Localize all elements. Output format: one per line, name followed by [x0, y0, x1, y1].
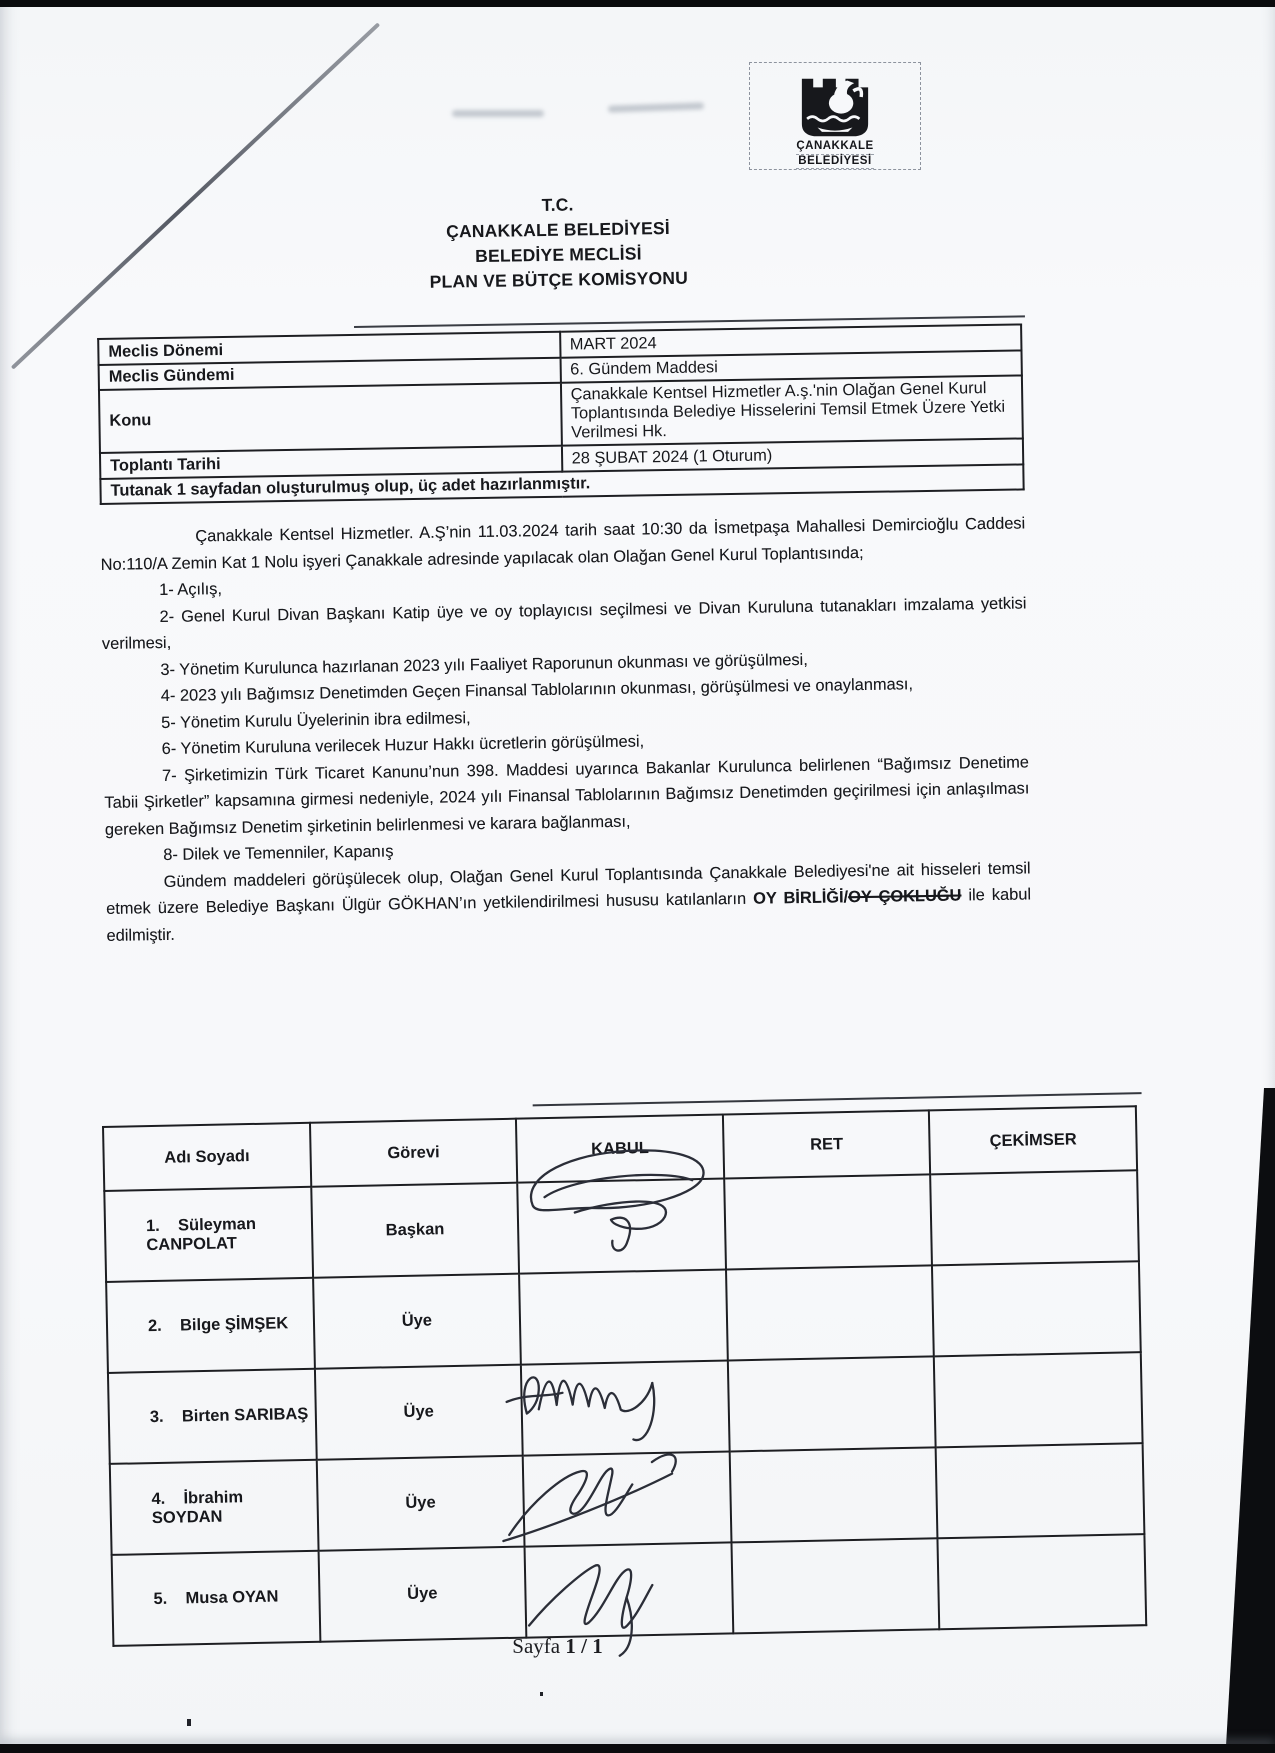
- vote-header-accept: KABUL: [516, 1115, 724, 1183]
- reject-vote-cell: [724, 1174, 932, 1269]
- member-role: Üye: [318, 1547, 526, 1642]
- scan-top-edge: [0, 0, 1275, 7]
- reject-vote-cell: [729, 1447, 937, 1542]
- vote-table-section: Adı Soyadı Görevi KABUL RET ÇEKİMSER 1.S…: [102, 1105, 1147, 1647]
- meeting-info-table: Meclis Dönemi MART 2024 Meclis Gündemi 6…: [97, 323, 1025, 505]
- member-name-cell: 3.Birten SARIBAŞ: [108, 1369, 316, 1464]
- decision-text: Çanakkale Kentsel Hizmetler. A.Ş’nin 11.…: [100, 510, 1032, 948]
- accept-vote-cell: [523, 1451, 731, 1546]
- document-content: T.C. ÇANAKKALE BELEDİYESİ BELEDİYE MECLİ…: [95, 185, 1032, 948]
- scan-speck: [187, 1719, 191, 1726]
- scan-speck: [540, 1692, 543, 1696]
- logo-label-line1: ÇANAKKALE: [796, 140, 873, 155]
- member-role: Üye: [316, 1456, 524, 1551]
- vote-row: 5.Musa OYAN Üye: [112, 1534, 1147, 1646]
- reject-vote-cell: [731, 1538, 939, 1633]
- vote-decision-majority-struck: OY ÇOKLUĞU: [848, 886, 962, 906]
- footer-page-label: Sayfa: [512, 1634, 560, 1658]
- reject-vote-cell: [726, 1265, 934, 1360]
- scan-right-shadow: [1225, 1088, 1275, 1746]
- municipality-logo-box: ÇANAKKALE BELEDİYESİ: [749, 62, 921, 170]
- member-name: Bilge ŞİMŞEK: [180, 1314, 289, 1334]
- member-role: Üye: [313, 1274, 521, 1369]
- accept-vote-cell: [521, 1360, 729, 1455]
- vote-decision-unanimous: OY BİRLİĞİ/: [753, 888, 848, 907]
- abstain-vote-cell: [936, 1443, 1144, 1538]
- scan-bottom-edge: [0, 1744, 1275, 1753]
- abstain-vote-cell: [932, 1261, 1140, 1356]
- member-number: 3.: [150, 1407, 182, 1427]
- member-name: Birten SARIBAŞ: [182, 1405, 309, 1426]
- member-name-cell: 2.Bilge ŞİMŞEK: [106, 1278, 314, 1373]
- logo-label-line2: BELEDİYESİ: [796, 155, 873, 170]
- member-name-cell: 5.Musa OYAN: [112, 1551, 320, 1646]
- info-value: Çanakkale Kentsel Hizmetler A.ş.'nin Ola…: [560, 375, 1022, 445]
- vote-header-abstain: ÇEKİMSER: [929, 1106, 1137, 1174]
- agenda-item: 7- Şirketimizin Türk Ticaret Kanunu’nun …: [104, 749, 1030, 843]
- reject-vote-cell: [728, 1356, 936, 1451]
- member-name: Musa OYAN: [185, 1588, 278, 1608]
- abstain-vote-cell: [938, 1534, 1146, 1629]
- member-number: 4.: [151, 1489, 183, 1509]
- closing-paragraph: Gündem maddeleri görüşülecek olup, Olağa…: [106, 855, 1032, 949]
- accept-vote-cell: [525, 1542, 733, 1637]
- vote-header-reject: RET: [723, 1110, 931, 1178]
- vote-signature-table: Adı Soyadı Görevi KABUL RET ÇEKİMSER 1.S…: [102, 1105, 1147, 1647]
- document-title-block: T.C. ÇANAKKALE BELEDİYESİ BELEDİYE MECLİ…: [95, 185, 1021, 300]
- member-name-cell: 1.Süleyman CANPOLAT: [104, 1187, 312, 1282]
- member-role: Üye: [315, 1365, 523, 1460]
- abstain-vote-cell: [934, 1352, 1142, 1447]
- page-footer: Sayfa 1 / 1: [95, 1634, 1020, 1659]
- member-number: 5.: [153, 1589, 185, 1609]
- info-label: Konu: [99, 383, 561, 453]
- accept-vote-cell: [517, 1179, 725, 1274]
- member-number: 1.: [146, 1216, 178, 1236]
- logo-label: ÇANAKKALE BELEDİYESİ: [796, 140, 873, 169]
- canakkale-emblem-icon: [789, 70, 881, 138]
- vote-header-name: Adı Soyadı: [103, 1123, 311, 1191]
- vote-header-role: Görevi: [310, 1119, 518, 1187]
- signature-ibrahim-soydan-icon: [500, 1439, 702, 1555]
- member-number: 2.: [148, 1316, 180, 1336]
- member-name-cell: 4.İbrahim SOYDAN: [110, 1460, 318, 1555]
- abstain-vote-cell: [931, 1170, 1139, 1265]
- member-role: Başkan: [311, 1183, 519, 1278]
- scanned-document-page: ÇANAKKALE BELEDİYESİ T.C. ÇANAKKALE BELE…: [0, 0, 1275, 1753]
- ink-smudge: [608, 102, 704, 112]
- footer-page-number: 1 / 1: [565, 1634, 602, 1658]
- accept-vote-cell: [519, 1270, 727, 1365]
- ink-smudge: [452, 110, 544, 117]
